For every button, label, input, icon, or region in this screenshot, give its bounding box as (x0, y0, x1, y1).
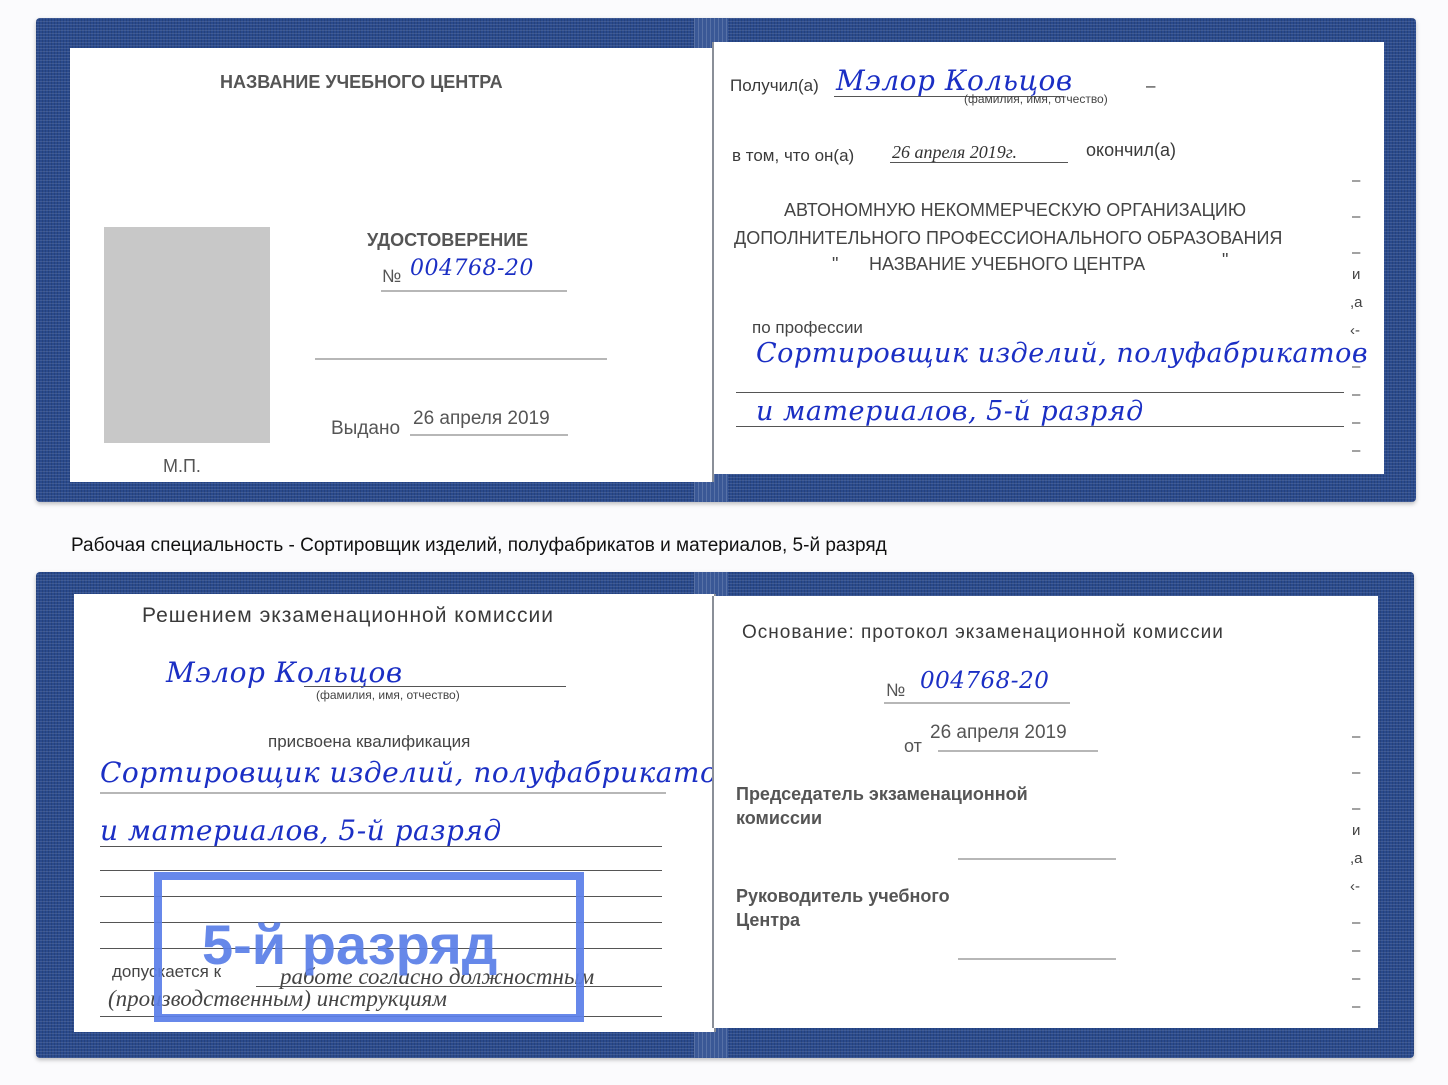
person-name-hint: (фамилия, имя, отчество) (316, 688, 460, 702)
head-signature-line (958, 958, 1116, 960)
head-label-line-2: Центра (736, 910, 800, 931)
grade-stamp-text: 5-й разряд (202, 912, 497, 977)
profession-underline-1 (736, 392, 1344, 393)
org-line-2: ДОПОЛНИТЕЛЬНОГО ПРОФЕССИОНАЛЬНОГО ОБРАЗО… (734, 228, 1282, 249)
blank-line-1 (100, 870, 662, 871)
in-that-label: в том, что он(а) (732, 146, 854, 166)
issued-underline (410, 434, 568, 436)
signature-line (315, 358, 607, 360)
org-line-1: АВТОНОМНУЮ НЕКОММЕРЧЕСКУЮ ОРГАНИЗАЦИЮ (784, 200, 1246, 221)
qualification-line-1: Сортировщик изделий, полуфабрикатов (100, 756, 734, 789)
org-line-3-open-quote: " (832, 254, 838, 275)
protocol-number-underline (884, 702, 1070, 704)
recipient-name-hint: (фамилия, имя, отчество) (964, 92, 1108, 106)
person-name-underline (304, 686, 566, 687)
org-line-3: НАЗВАНИЕ УЧЕБНОГО ЦЕНТРА (869, 254, 1145, 275)
number-label: № (382, 266, 401, 287)
certificate-number: 004768-20 (410, 256, 534, 281)
profession-line-1: Сортировщик изделий, полуфабрикатов (756, 338, 1368, 369)
profession-underline-2 (736, 426, 1344, 427)
completion-date-underline (890, 162, 1068, 163)
insert-right-page: Основание: протокол экзаменационной коми… (712, 596, 1378, 1028)
issued-date: 26 апреля 2019 (413, 408, 550, 430)
completed-label: окончил(а) (1086, 140, 1176, 161)
chairman-label-line-2: комиссии (736, 808, 822, 829)
completion-date: 26 апреля 2019г. (892, 142, 1017, 163)
number-underline (381, 290, 567, 292)
training-center-title: НАЗВАНИЕ УЧЕБНОГО ЦЕНТРА (220, 72, 503, 93)
insert-left-page: Решением экзаменационной комиссии Мэлор … (74, 594, 716, 1032)
profession-label: по профессии (752, 318, 863, 338)
profession-caption: Рабочая специальность - Сортировщик изде… (71, 535, 887, 557)
protocol-number-label: № (886, 680, 905, 701)
issued-label: Выдано (331, 418, 400, 440)
certificate-left-page: НАЗВАНИЕ УЧЕБНОГО ЦЕНТРА УДОСТОВЕРЕНИЕ №… (70, 48, 714, 482)
protocol-number: 004768-20 (920, 668, 1049, 694)
chairman-label-line-1: Председатель экзаменационной (736, 784, 1028, 805)
chairman-signature-line (958, 858, 1116, 860)
document-type: УДОСТОВЕРЕНИЕ (367, 230, 528, 251)
head-label-line-1: Руководитель учебного (736, 886, 950, 907)
org-line-3-close-quote: " (1222, 250, 1228, 271)
received-label: Получил(а) (730, 76, 819, 96)
certificate-right-page: Получил(а) Мэлор Кольцов (фамилия, имя, … (712, 42, 1384, 474)
qualification-line-2: и материалов, 5-й разряд (100, 814, 502, 847)
profession-line-2: и материалов, 5-й разряд (756, 396, 1144, 427)
recipient-dash: – (1146, 76, 1155, 96)
commission-heading: Решением экзаменационной комиссии (142, 604, 554, 628)
from-date-underline (938, 750, 1098, 752)
qualification-underline-2 (100, 846, 662, 847)
basis-label: Основание: протокол экзаменационной коми… (742, 622, 1224, 644)
qualification-label: присвоена квалификация (268, 732, 470, 752)
from-date: 26 апреля 2019 (930, 722, 1067, 744)
stamp-place-label: М.П. (163, 456, 201, 477)
qualification-underline-1 (100, 792, 666, 794)
photo-placeholder (104, 227, 270, 443)
person-name: Мэлор Кольцов (166, 656, 403, 689)
from-label: от (904, 736, 922, 757)
